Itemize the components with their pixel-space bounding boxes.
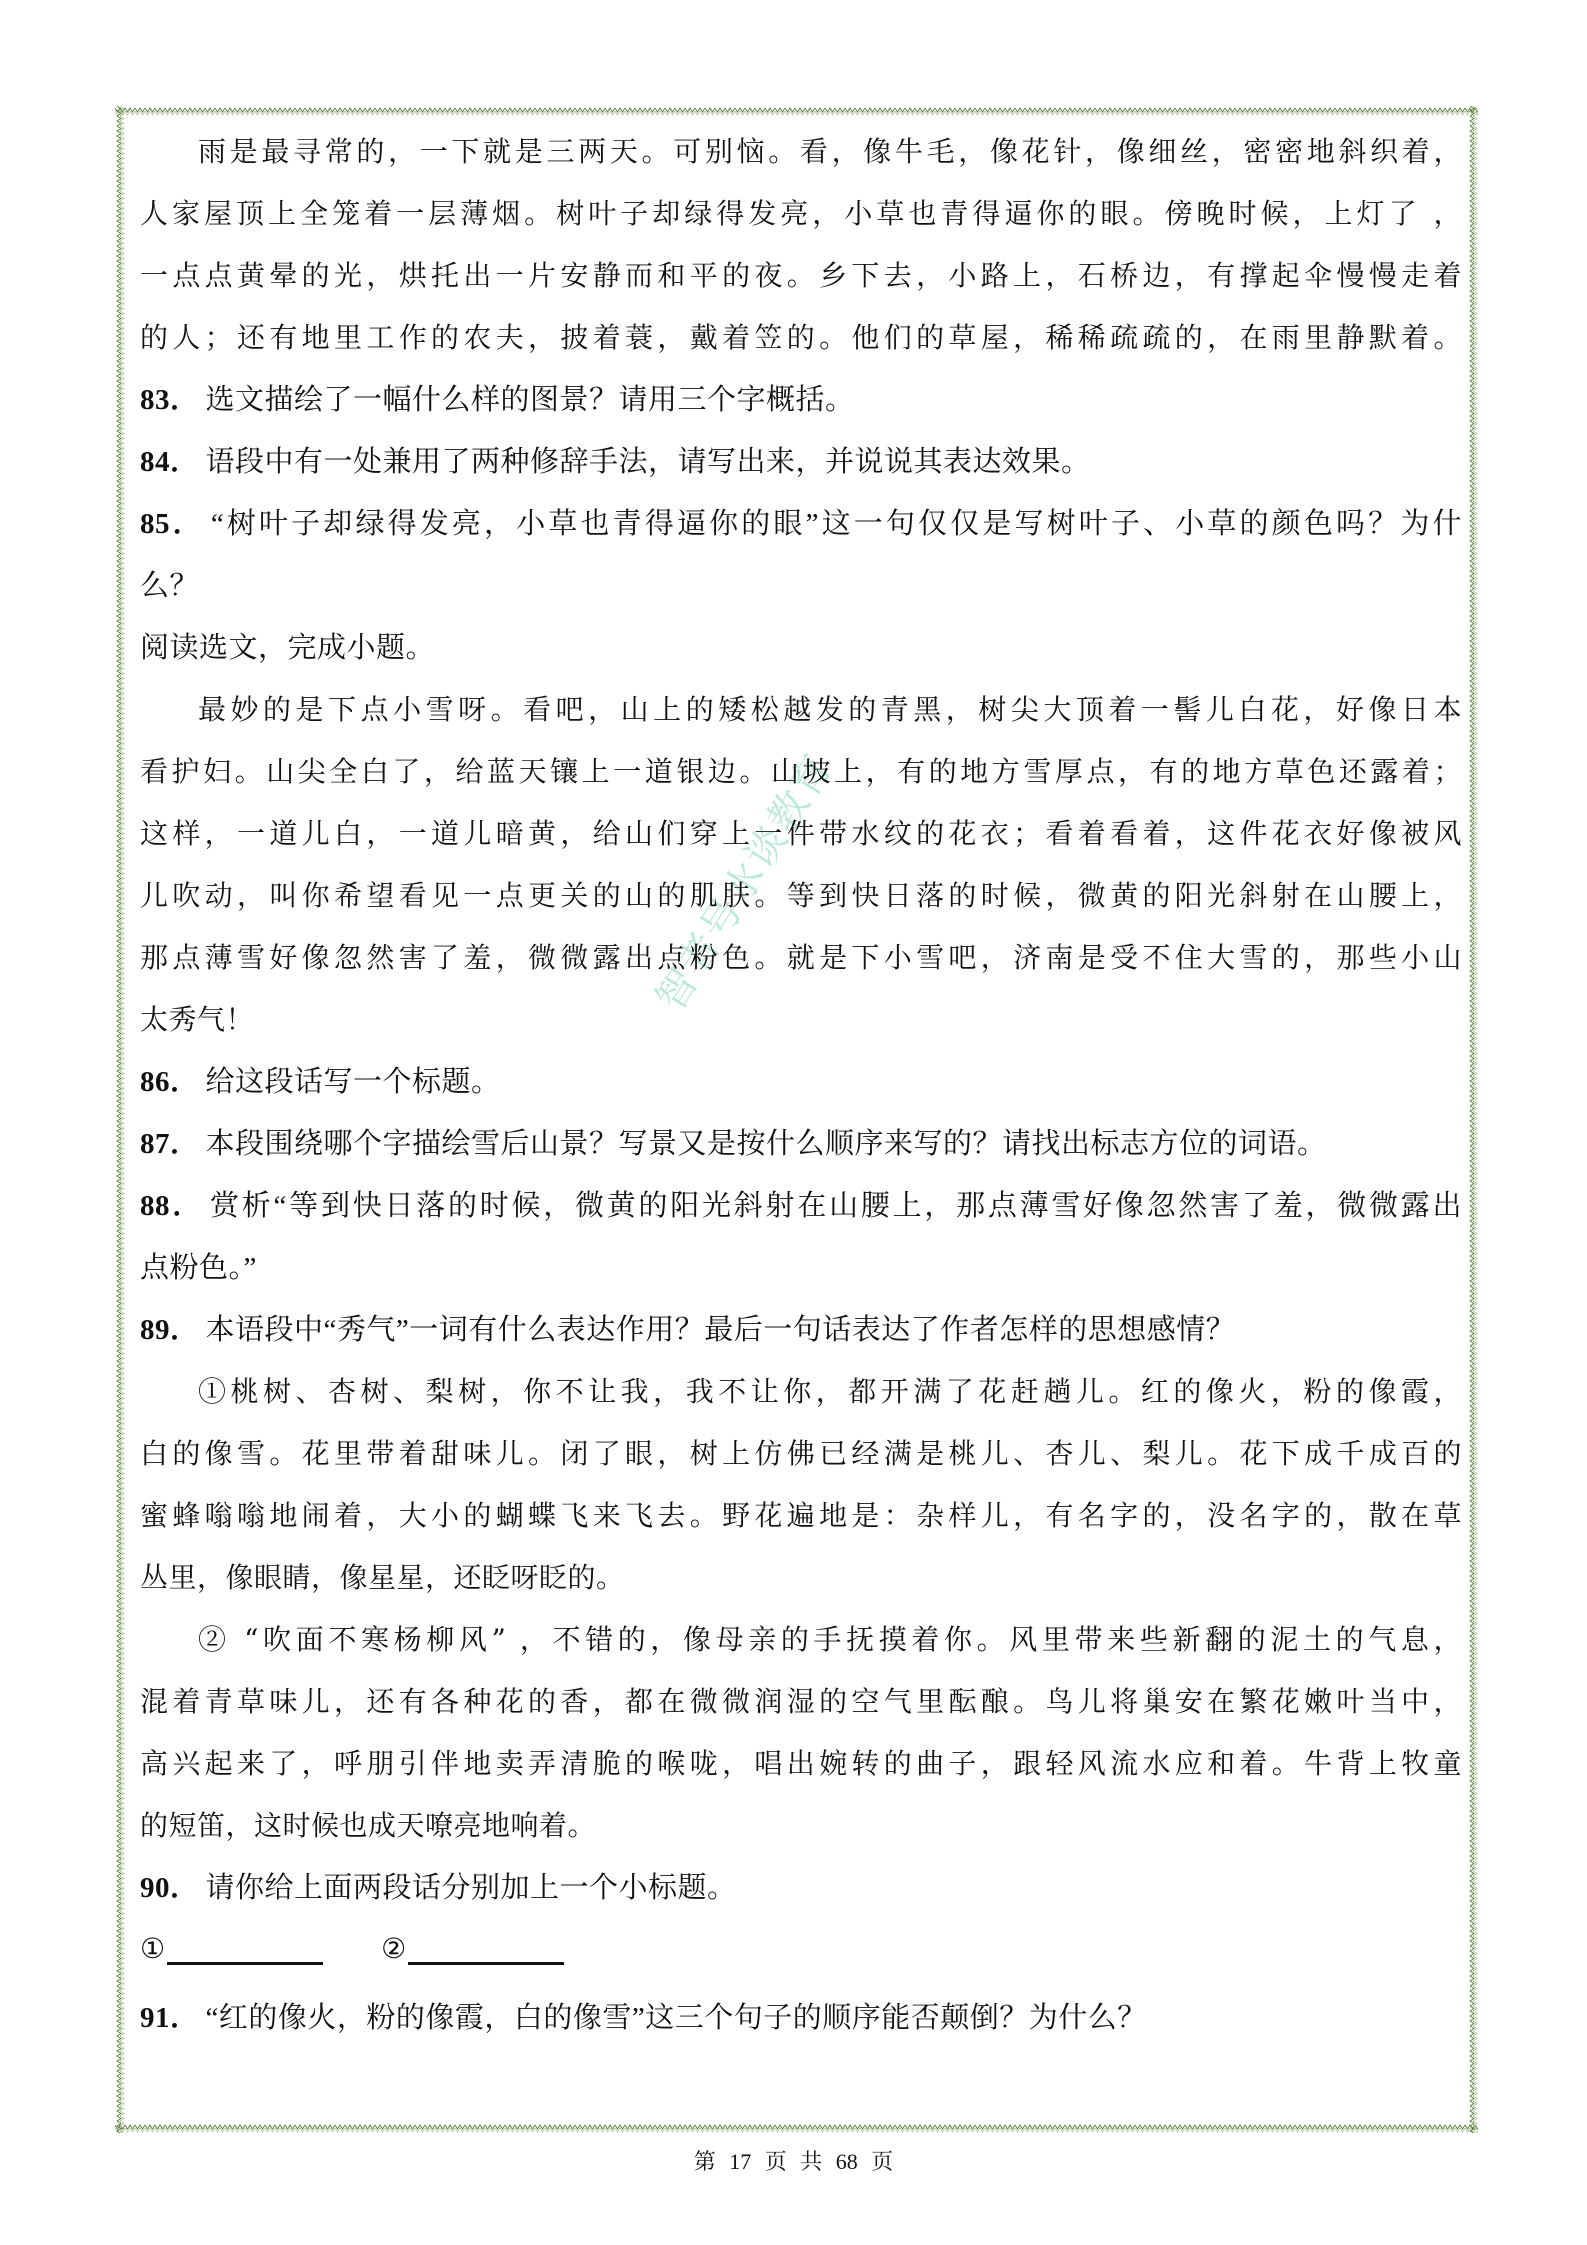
question-89: 89．本语段中“秀气”一词有什么表达作用？最后一句话表达了作者怎样的思想感情？ — [140, 1299, 1462, 1361]
question-number: 87． — [140, 1128, 200, 1160]
reading-instruction: 阅读选文，完成小题。 — [140, 617, 1462, 679]
border-top — [115, 106, 1478, 116]
question-87: 87．本段围绕哪个字描绘雪后山景？写景又是按什么顺序来写的？请找出标志方位的词语… — [140, 1113, 1462, 1175]
passage-line: 一点点黄晕的光，烘托出一片安静而和平的夜。乡下去，小路上，石桥边，有撑起伞慢慢走… — [140, 245, 1462, 307]
border-left — [115, 106, 125, 2133]
question-number: 86． — [140, 1066, 200, 1098]
question-text: “树叶子却绿得发亮，小草也青得逼你的眼”这一句仅仅是写树叶子、小草的颜色吗？为什 — [211, 508, 1462, 540]
question-text: 请你给上面两段话分别加上一个小标题。 — [206, 1872, 737, 1904]
question-text: 本段围绕哪个字描绘雪后山景？写景又是按什么顺序来写的？请找出标志方位的词语。 — [206, 1128, 1327, 1160]
question-88: 88．赏析“等到快日落的时候，微黄的阳光斜射在山腰上，那点薄雪好像忽然害了羞，微… — [140, 1175, 1462, 1237]
question-90: 90．请你给上面两段话分别加上一个小标题。 — [140, 1857, 1462, 1919]
passage-line: 蜜蜂嗡嗡地闹着，大小的蝴蝶飞来飞去。野花遍地是：杂样儿，有名字的，没名字的，散在… — [140, 1485, 1462, 1547]
question-number: 91． — [140, 2002, 200, 2034]
passage-line: ② “吹面不寒杨柳风” ，不错的，像母亲的手抚摸着你。风里带来些新翻的泥土的气息… — [140, 1609, 1462, 1671]
passage-snow: 最妙的是下点小雪呀。看吧，山上的矮松越发的青黑，树尖大顶着一髻儿白花，好像日本 … — [140, 679, 1462, 1051]
question-number: 84． — [140, 446, 200, 478]
page-content: 雨是最寻常的，一下就是三两天。可别恼。看，像牛毛，像花针，像细丝，密密地斜织着，… — [140, 121, 1462, 2049]
passage-line: 雨是最寻常的，一下就是三两天。可别恼。看，像牛毛，像花针，像细丝，密密地斜织着， — [140, 121, 1462, 183]
passage-line: 儿吹动，叫你希望看见一点更关的山的肌肤。等到快日落的时候，微黄的阳光斜射在山腰上… — [140, 865, 1462, 927]
passage-line: 的人；还有地里工作的农夫，披着蓑，戴着笠的。他们的草屋，稀稀疏疏的，在雨里静默着… — [140, 307, 1462, 369]
passage-spring-wind: ② “吹面不寒杨柳风” ，不错的，像母亲的手抚摸着你。风里带来些新翻的泥土的气息… — [140, 1609, 1462, 1857]
question-number: 90． — [140, 1872, 200, 1904]
answer-blank-2[interactable]: ② — [381, 1919, 564, 1981]
page-number-footer: 第 17 页 共 68 页 — [0, 2145, 1587, 2176]
passage-line: 高兴起来了，呼朋引伴地卖弄清脆的喉咙，唱出婉转的曲子，跟轻风流水应和着。牛背上牧… — [140, 1733, 1462, 1795]
question-86: 86．给这段话写一个标题。 — [140, 1051, 1462, 1113]
passage-line: 这样，一道儿白，一道儿暗黄，给山们穿上一件带水纹的花衣；看着看着，这件花衣好像被… — [140, 803, 1462, 865]
question-text: 本语段中“秀气”一词有什么表达作用？最后一句话表达了作者怎样的思想感情？ — [206, 1314, 1236, 1346]
answer-blank-1[interactable]: ① — [140, 1919, 323, 1981]
answer-blanks: ① ② — [140, 1919, 1462, 1981]
passage-line: 混着青草味儿，还有各种花的香，都在微微润湿的空气里酝酿。鸟儿将巢安在繁花嫩叶当中… — [140, 1671, 1462, 1733]
circled-number-1: ① — [140, 1919, 165, 1981]
question-number: 89． — [140, 1314, 200, 1346]
blank-underline[interactable] — [408, 1962, 564, 1965]
passage-line: ①桃树、杏树、梨树，你不让我，我不让你，都开满了花赶趟儿。红的像火，粉的像霞， — [140, 1361, 1462, 1423]
passage-line: 最妙的是下点小雪呀。看吧，山上的矮松越发的青黑，树尖大顶着一髻儿白花，好像日本 — [140, 679, 1462, 741]
border-bottom — [115, 2123, 1478, 2133]
passage-line: 那点薄雪好像忽然害了羞，微微露出点粉色。就是下小雪吧，济南是受不住大雪的，那些小… — [140, 927, 1462, 989]
blank-underline[interactable] — [167, 1962, 323, 1965]
passage-rain: 雨是最寻常的，一下就是三两天。可别恼。看，像牛毛，像花针，像细丝，密密地斜织着，… — [140, 121, 1462, 369]
question-text: 给这段话写一个标题。 — [206, 1066, 501, 1098]
question-number: 85． — [140, 508, 205, 540]
question-number: 83． — [140, 384, 200, 416]
question-91: 91．“红的像火，粉的像霞，白的像雪”这三个句子的顺序能否颠倒？为什么？ — [140, 1987, 1462, 2049]
question-text: 语段中有一处兼用了两种修辞手法，请写出来，并说说其表达效果。 — [206, 446, 1091, 478]
question-88-continued: 点粉色。” — [140, 1237, 1462, 1299]
passage-spring-flowers: ①桃树、杏树、梨树，你不让我，我不让你，都开满了花赶趟儿。红的像火，粉的像霞， … — [140, 1361, 1462, 1609]
question-84: 84．语段中有一处兼用了两种修辞手法，请写出来，并说说其表达效果。 — [140, 431, 1462, 493]
passage-line: 的短笛，这时候也成天嘹亮地响着。 — [140, 1795, 1462, 1857]
question-text: “红的像火，粉的像霞，白的像雪”这三个句子的顺序能否颠倒？为什么？ — [206, 2002, 1147, 2034]
question-83: 83．选文描绘了一幅什么样的图景？请用三个字概括。 — [140, 369, 1462, 431]
question-85-continued: 么？ — [140, 555, 1462, 617]
question-85: 85．“树叶子却绿得发亮，小草也青得逼你的眼”这一句仅仅是写树叶子、小草的颜色吗… — [140, 493, 1462, 555]
question-text: 选文描绘了一幅什么样的图景？请用三个字概括。 — [206, 384, 855, 416]
border-right — [1468, 106, 1478, 2133]
passage-line: 丛里，像眼睛，像星星，还眨呀眨的。 — [140, 1547, 1462, 1609]
circled-number-2: ② — [381, 1919, 406, 1981]
passage-line: 看护妇。山尖全白了，给蓝天镶上一道银边。山坡上，有的地方雪厚点，有的地方草色还露… — [140, 741, 1462, 803]
passage-line: 太秀气！ — [140, 989, 1462, 1051]
passage-line: 人家屋顶上全笼着一层薄烟。树叶子却绿得发亮，小草也青得逼你的眼。傍晚时候，上灯了… — [140, 183, 1462, 245]
question-number: 88． — [140, 1190, 204, 1222]
passage-line: 白的像雪。花里带着甜味儿。闭了眼，树上仿佛已经满是桃儿、杏儿、梨儿。花下成千成百… — [140, 1423, 1462, 1485]
question-text: 赏析“等到快日落的时候，微黄的阳光斜射在山腰上，那点薄雪好像忽然害了羞，微微露出 — [210, 1190, 1462, 1222]
